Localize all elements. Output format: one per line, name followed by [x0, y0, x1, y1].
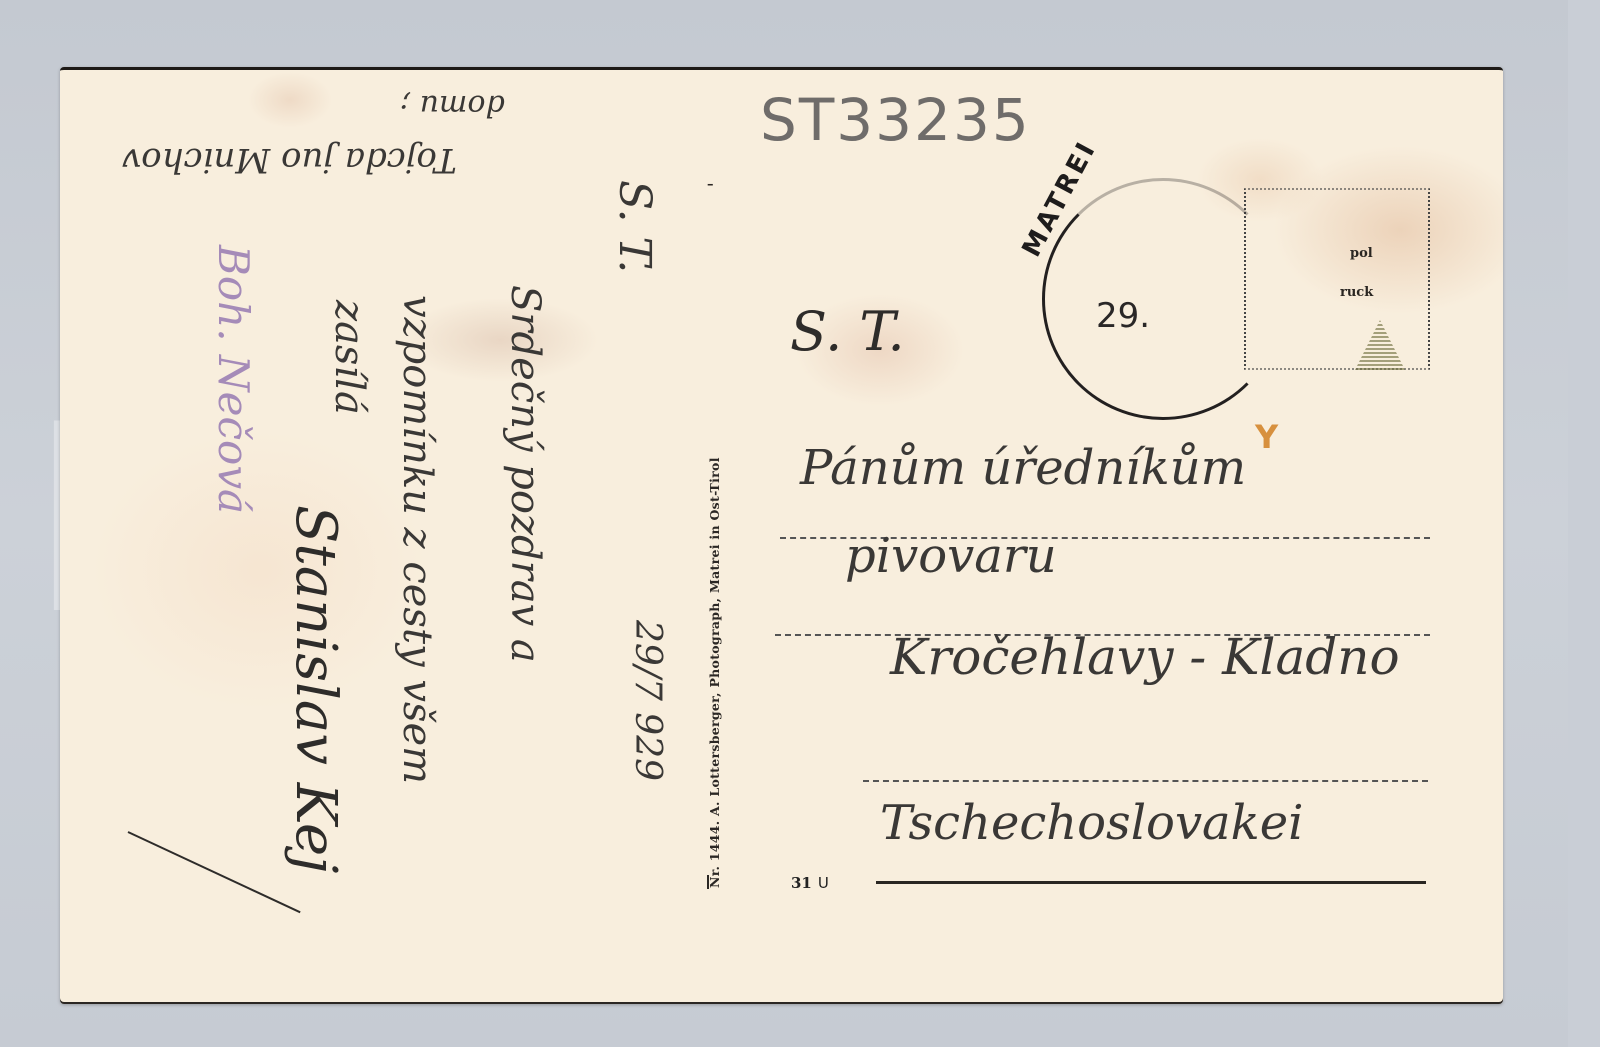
signature: Stanislav Kej — [283, 505, 348, 874]
print-code-number: 31 — [791, 874, 812, 892]
postmark-circle — [1042, 178, 1284, 420]
address-line-4: Tschechoslovakei — [880, 795, 1304, 851]
upside-down-line-1: domu ; — [400, 88, 505, 123]
upside-down-line-2: Tojcda juo Mnichov — [122, 140, 457, 180]
orange-crayon-mark: Y — [1255, 418, 1278, 456]
print-code-suffix: U — [818, 874, 829, 892]
message-date: 29/7 929 — [627, 620, 668, 781]
stamp-text-line-2: ruck — [1340, 285, 1373, 300]
message-header: S. T. — [609, 180, 660, 273]
stamp-text-line-1: pol — [1350, 246, 1373, 261]
publisher-imprint: Nr. 1444. A. Lottersberger, Photograph, … — [707, 457, 722, 888]
address-rule-4 — [876, 881, 1426, 884]
purple-signature: Boh. Nečová — [209, 245, 258, 514]
postmark-date: 29. — [1096, 296, 1150, 336]
print-code: 31U — [791, 874, 829, 892]
address-rule-3 — [863, 780, 1428, 782]
message-line-1: Srdečný pozdrav a — [502, 285, 548, 663]
divider-mark — [707, 875, 709, 889]
catalog-number: ST33235 — [760, 86, 1031, 154]
address-line-1: Pánům úředníkům — [800, 440, 1246, 496]
address-line-3: Kročehlavy - Kladno — [890, 628, 1400, 686]
address-salutation: S. T. — [790, 300, 905, 363]
message-line-3: zasílá — [326, 300, 372, 415]
address-line-2: pivovaru — [845, 528, 1057, 584]
publisher-dash: – — [707, 177, 714, 192]
message-line-2: vzpomínku z cesty všem — [394, 295, 440, 784]
